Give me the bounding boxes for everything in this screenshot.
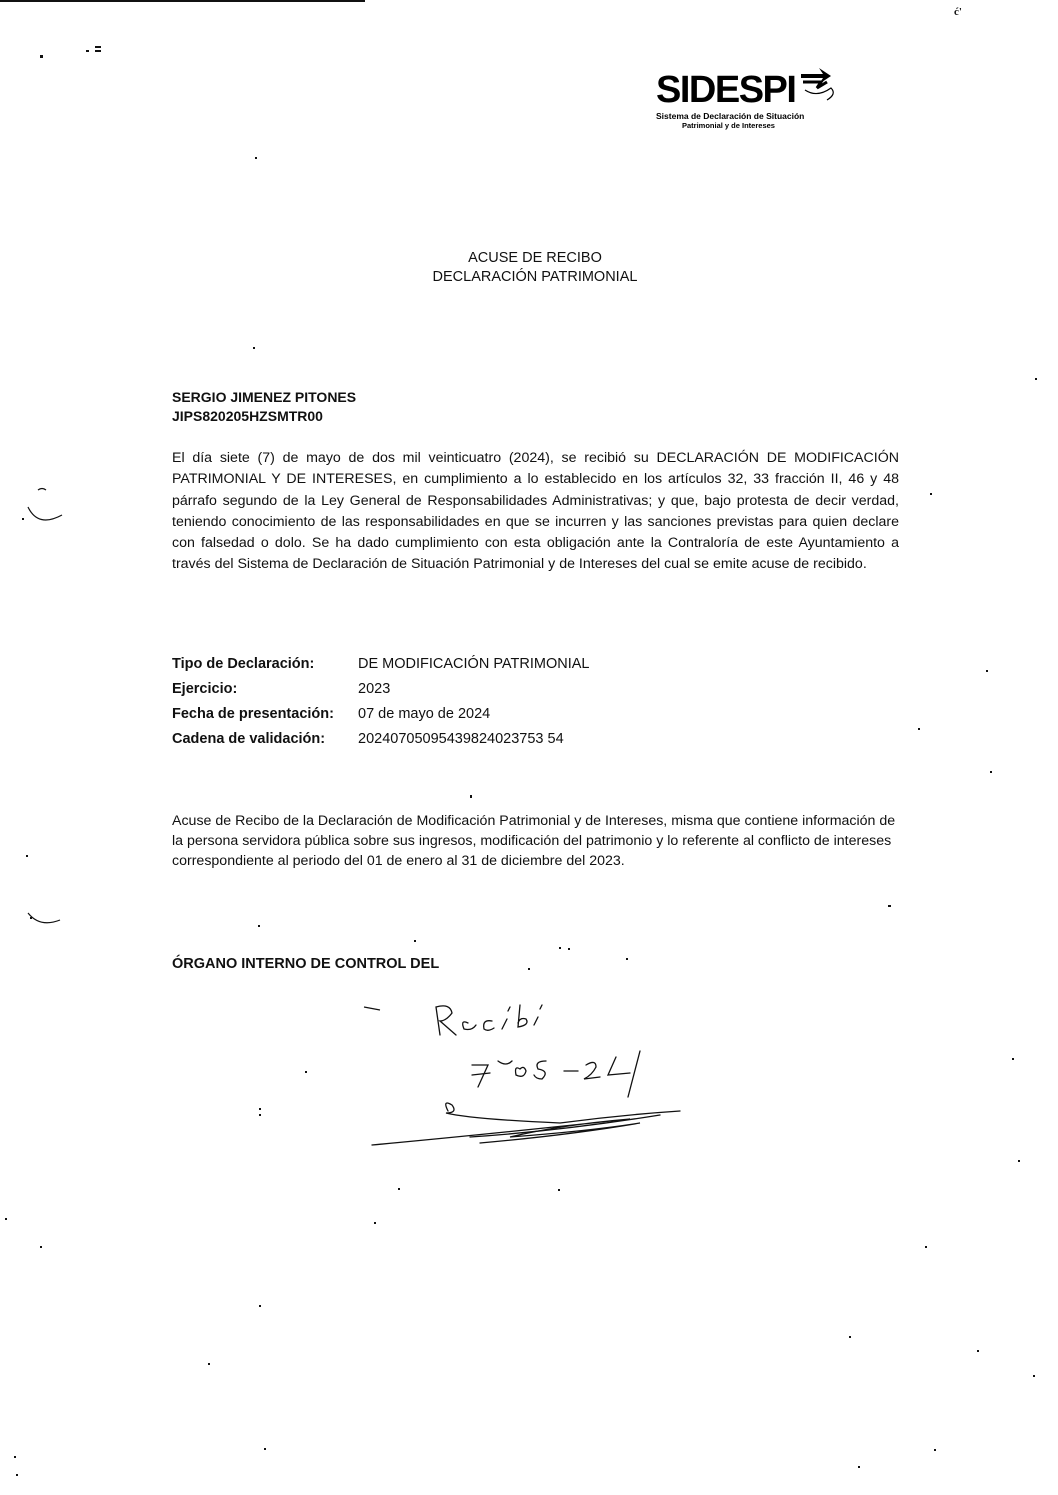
detail-label: Tipo de Declaración: (172, 651, 358, 676)
receipt-paragraph: El día siete (7) de mayo de dos mil vein… (172, 448, 899, 576)
detail-label: Ejercicio: (172, 676, 358, 701)
detail-value: 2023 (358, 676, 589, 701)
organo-interno-heading: ÓRGANO INTERNO DE CONTROL DEL (172, 956, 439, 972)
handwritten-signature (360, 995, 740, 1155)
sidespi-logo: SIDESPI Sistema de Declaración de Situac… (656, 70, 876, 131)
declaration-details: Tipo de Declaración:DE MODIFICACIÓN PATR… (172, 651, 589, 751)
detail-label: Fecha de presentación: (172, 701, 358, 726)
detail-value: 20240705095439824023753 54 (358, 726, 589, 751)
corner-mark: ć' (954, 6, 962, 18)
recipient-name: SERGIO JIMENEZ PITONES (172, 388, 356, 407)
logo-subtitle: Sistema de Declaración de Situación Patr… (656, 111, 876, 131)
logo-subtitle-line1: Sistema de Declaración de Situación (656, 111, 804, 121)
logo-subtitle-line2: Patrimonial y de Intereses (656, 121, 876, 131)
arrow-icon (797, 60, 841, 109)
document-subtitle: DECLARACIÓN PATRIMONIAL (0, 268, 1058, 287)
scan-top-rule (0, 0, 365, 2)
detail-label: Cadena de validación: (172, 726, 358, 751)
logo-text: SIDESPI (656, 71, 795, 109)
detail-row: Tipo de Declaración:DE MODIFICACIÓN PATR… (172, 651, 589, 676)
receipt-summary-paragraph: Acuse de Recibo de la Declaración de Mod… (172, 811, 900, 871)
detail-row: Ejercicio:2023 (172, 676, 589, 701)
detail-row: Fecha de presentación:07 de mayo de 2024 (172, 701, 589, 726)
detail-value: DE MODIFICACIÓN PATRIMONIAL (358, 651, 589, 676)
document-title: ACUSE DE RECIBO (0, 249, 1058, 268)
logo-wordmark: SIDESPI (656, 70, 876, 109)
recipient-id-code: JIPS820205HZSMTR00 (172, 407, 356, 426)
detail-value: 07 de mayo de 2024 (358, 701, 589, 726)
detail-row: Cadena de validación:2024070509543982402… (172, 726, 589, 751)
recipient-block: SERGIO JIMENEZ PITONES JIPS820205HZSMTR0… (172, 388, 356, 426)
